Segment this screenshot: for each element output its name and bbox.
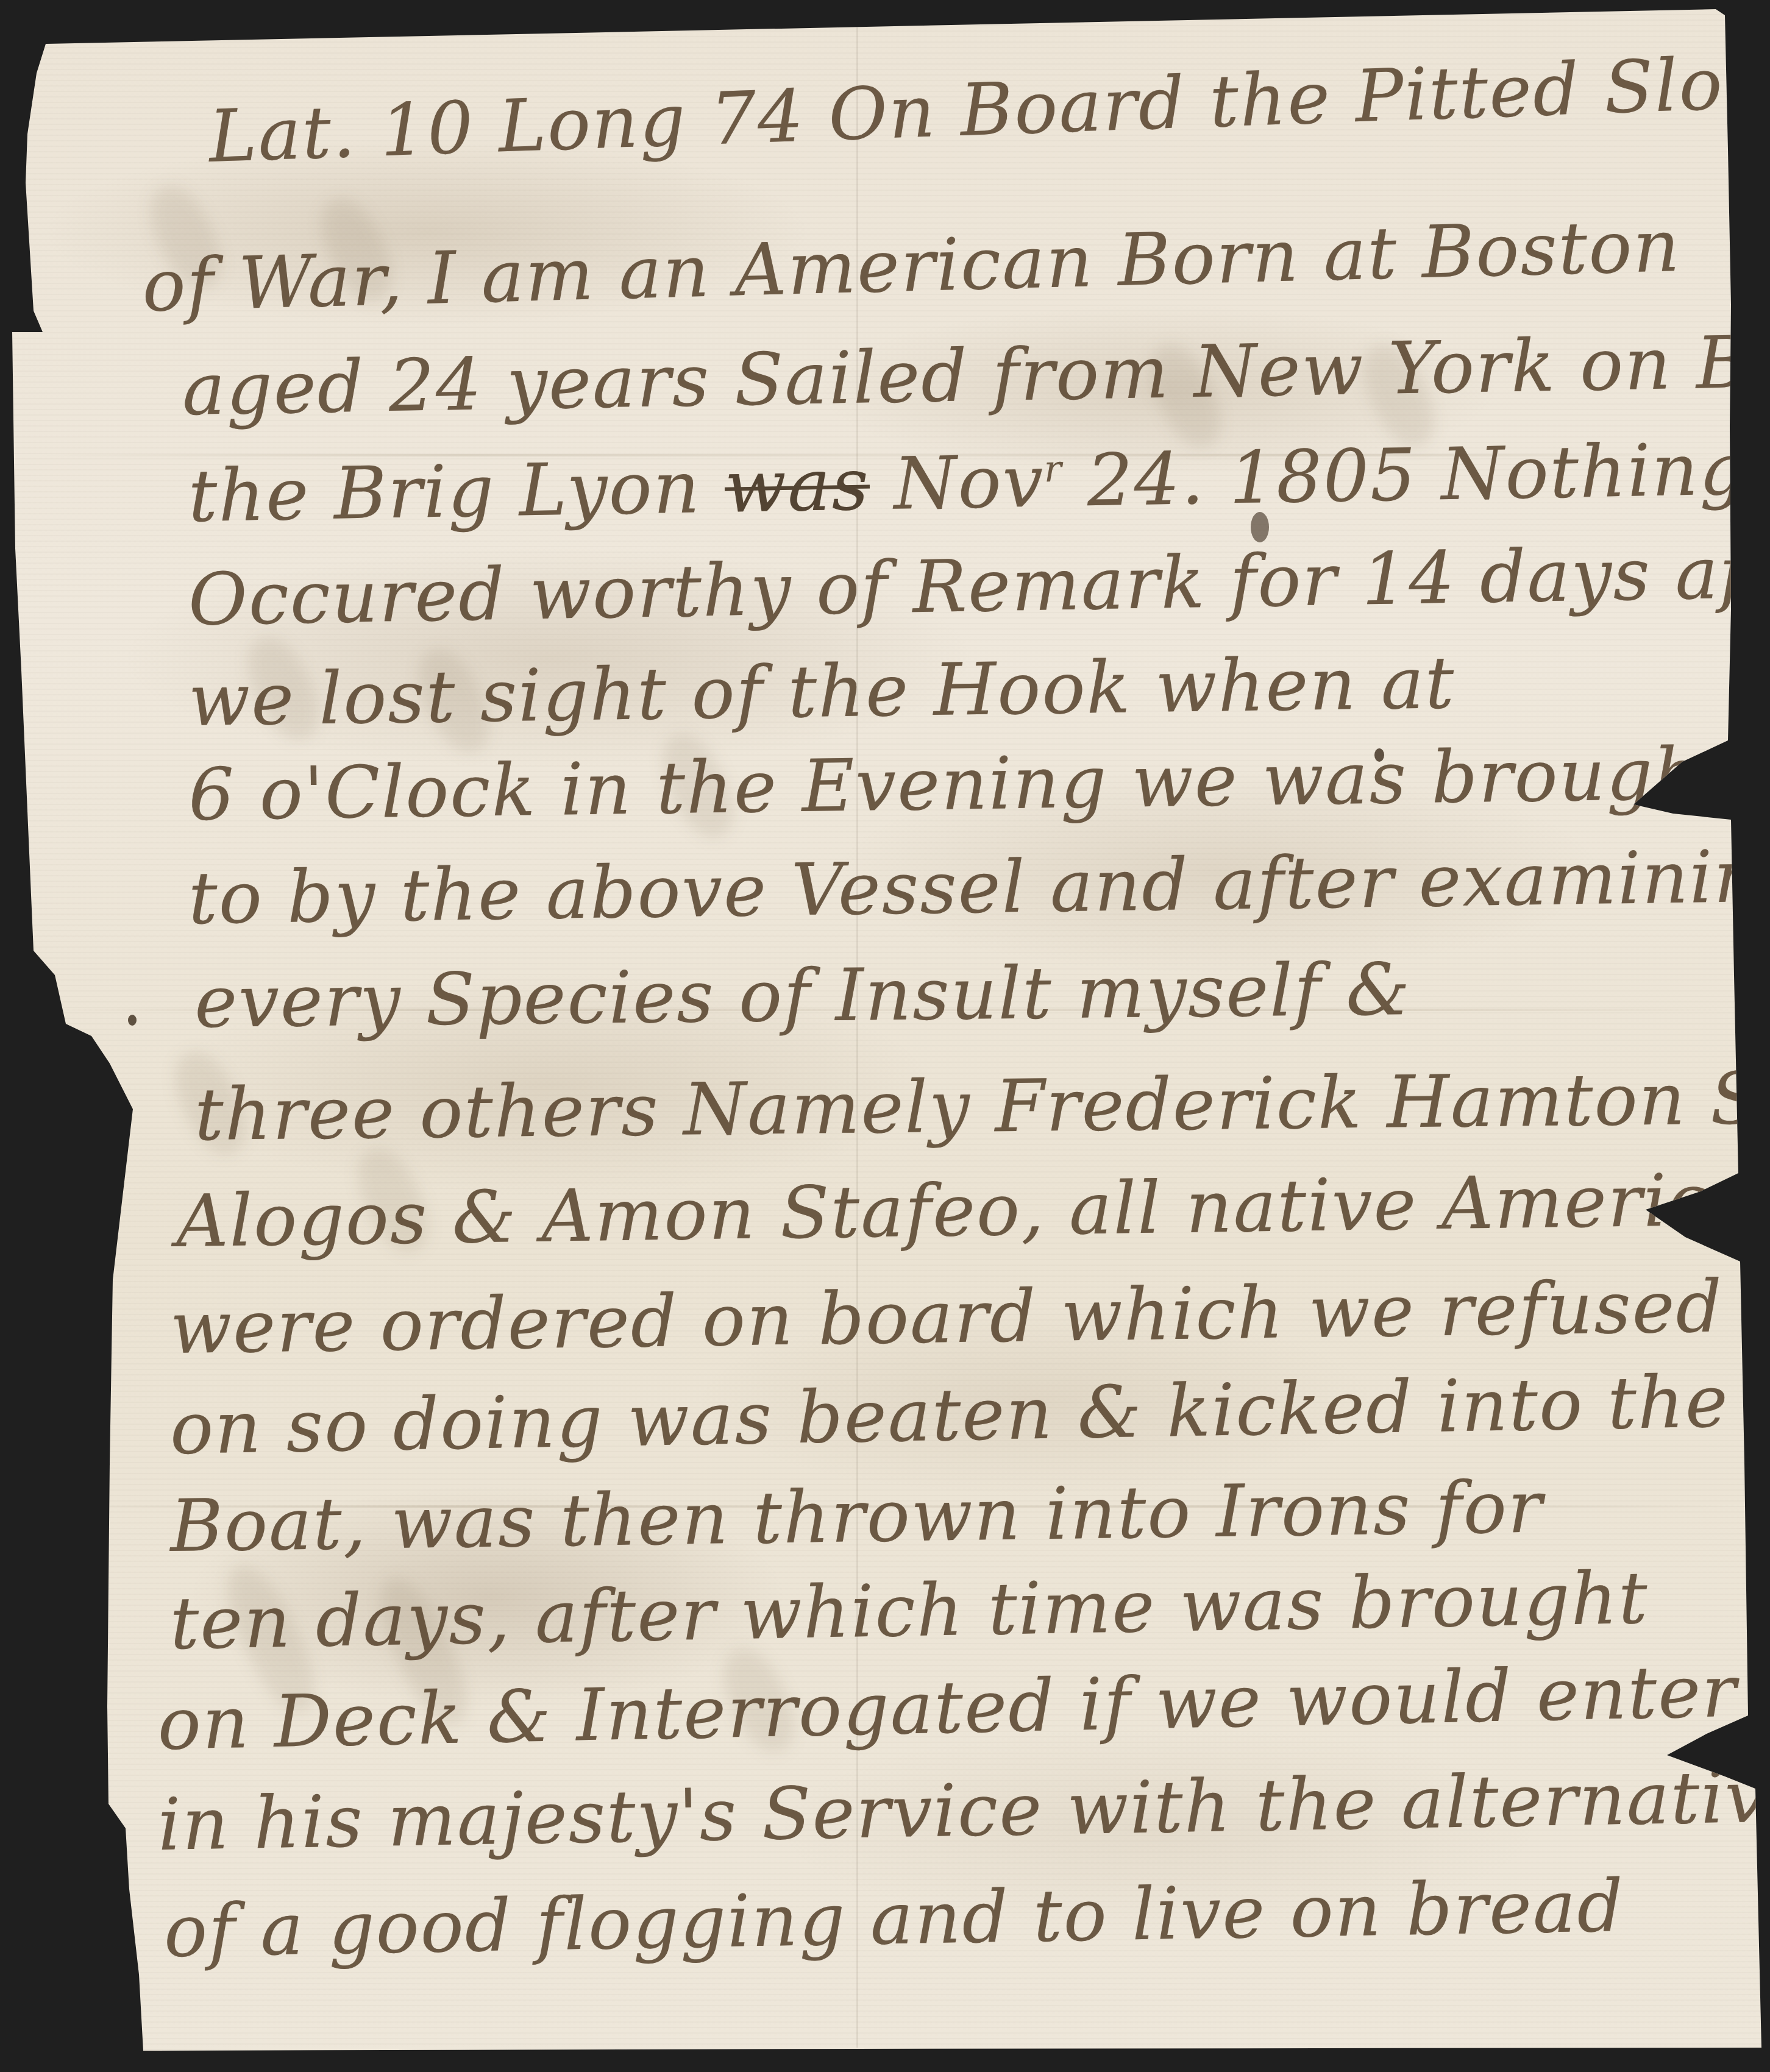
manuscript-line-13: on so doing was beaten & kicked into the [169,1365,1730,1464]
line-4-mid: Nov [869,439,1045,527]
manuscript-line-16: on Deck & Interrogated if we would enter [157,1655,1738,1760]
manuscript-line-11: Alogos & Amon Stafeo, all native America… [176,1162,1770,1257]
manuscript-line-6: we lost sight of the Hook when at [188,647,1455,736]
manuscript-line-2: of War, I am an American Born at Boston [141,210,1682,322]
manuscript-line-17: in his majesty's Service with the altern… [157,1760,1770,1861]
manuscript-line-1: Lat. 10 Long 74 On Board the Pitted Sloo… [208,44,1770,172]
manuscript-line-10: three others Namely Frederick Hamton Sim… [194,1060,1770,1151]
manuscript-line-14: Boat, was then thrown into Irons for [169,1471,1543,1562]
manuscript-line-12: were ordered on board which we refused & [169,1269,1770,1364]
manuscript-line-5: Occured worthy of Remark for 14 days aft… [188,534,1770,636]
manuscript-page: Lat. 10 Long 74 On Board the Pitted Sloo… [0,0,1770,2072]
manuscript-line-9: every Species of Insult myself & [194,953,1412,1038]
manuscript-line-4: the Brig Lyon was Novr 24. 1805 Nothing [188,433,1747,532]
manuscript-text: Lat. 10 Long 74 On Board the Pitted Sloo… [0,0,1770,2072]
manuscript-line-7: 6 o'Clock in the Evening we was brought [188,737,1732,831]
manuscript-line-3: aged 24 years Sailed from New York on Bo… [182,323,1770,425]
document-viewer: Lat. 10 Long 74 On Board the Pitted Sloo… [0,0,1770,2072]
manuscript-line-8: to by the above Vessel and after examini… [188,840,1770,934]
superscript: r [1043,448,1063,491]
manuscript-line-18: of a good flogging and to live on bread [163,1870,1625,1967]
line-4-end: 24. 1805 Nothing [1062,427,1747,523]
line-4-start: the Brig Lyon [188,445,725,538]
struck-word: was [724,442,870,529]
manuscript-line-15: ten days, after which time was brought [169,1562,1649,1659]
